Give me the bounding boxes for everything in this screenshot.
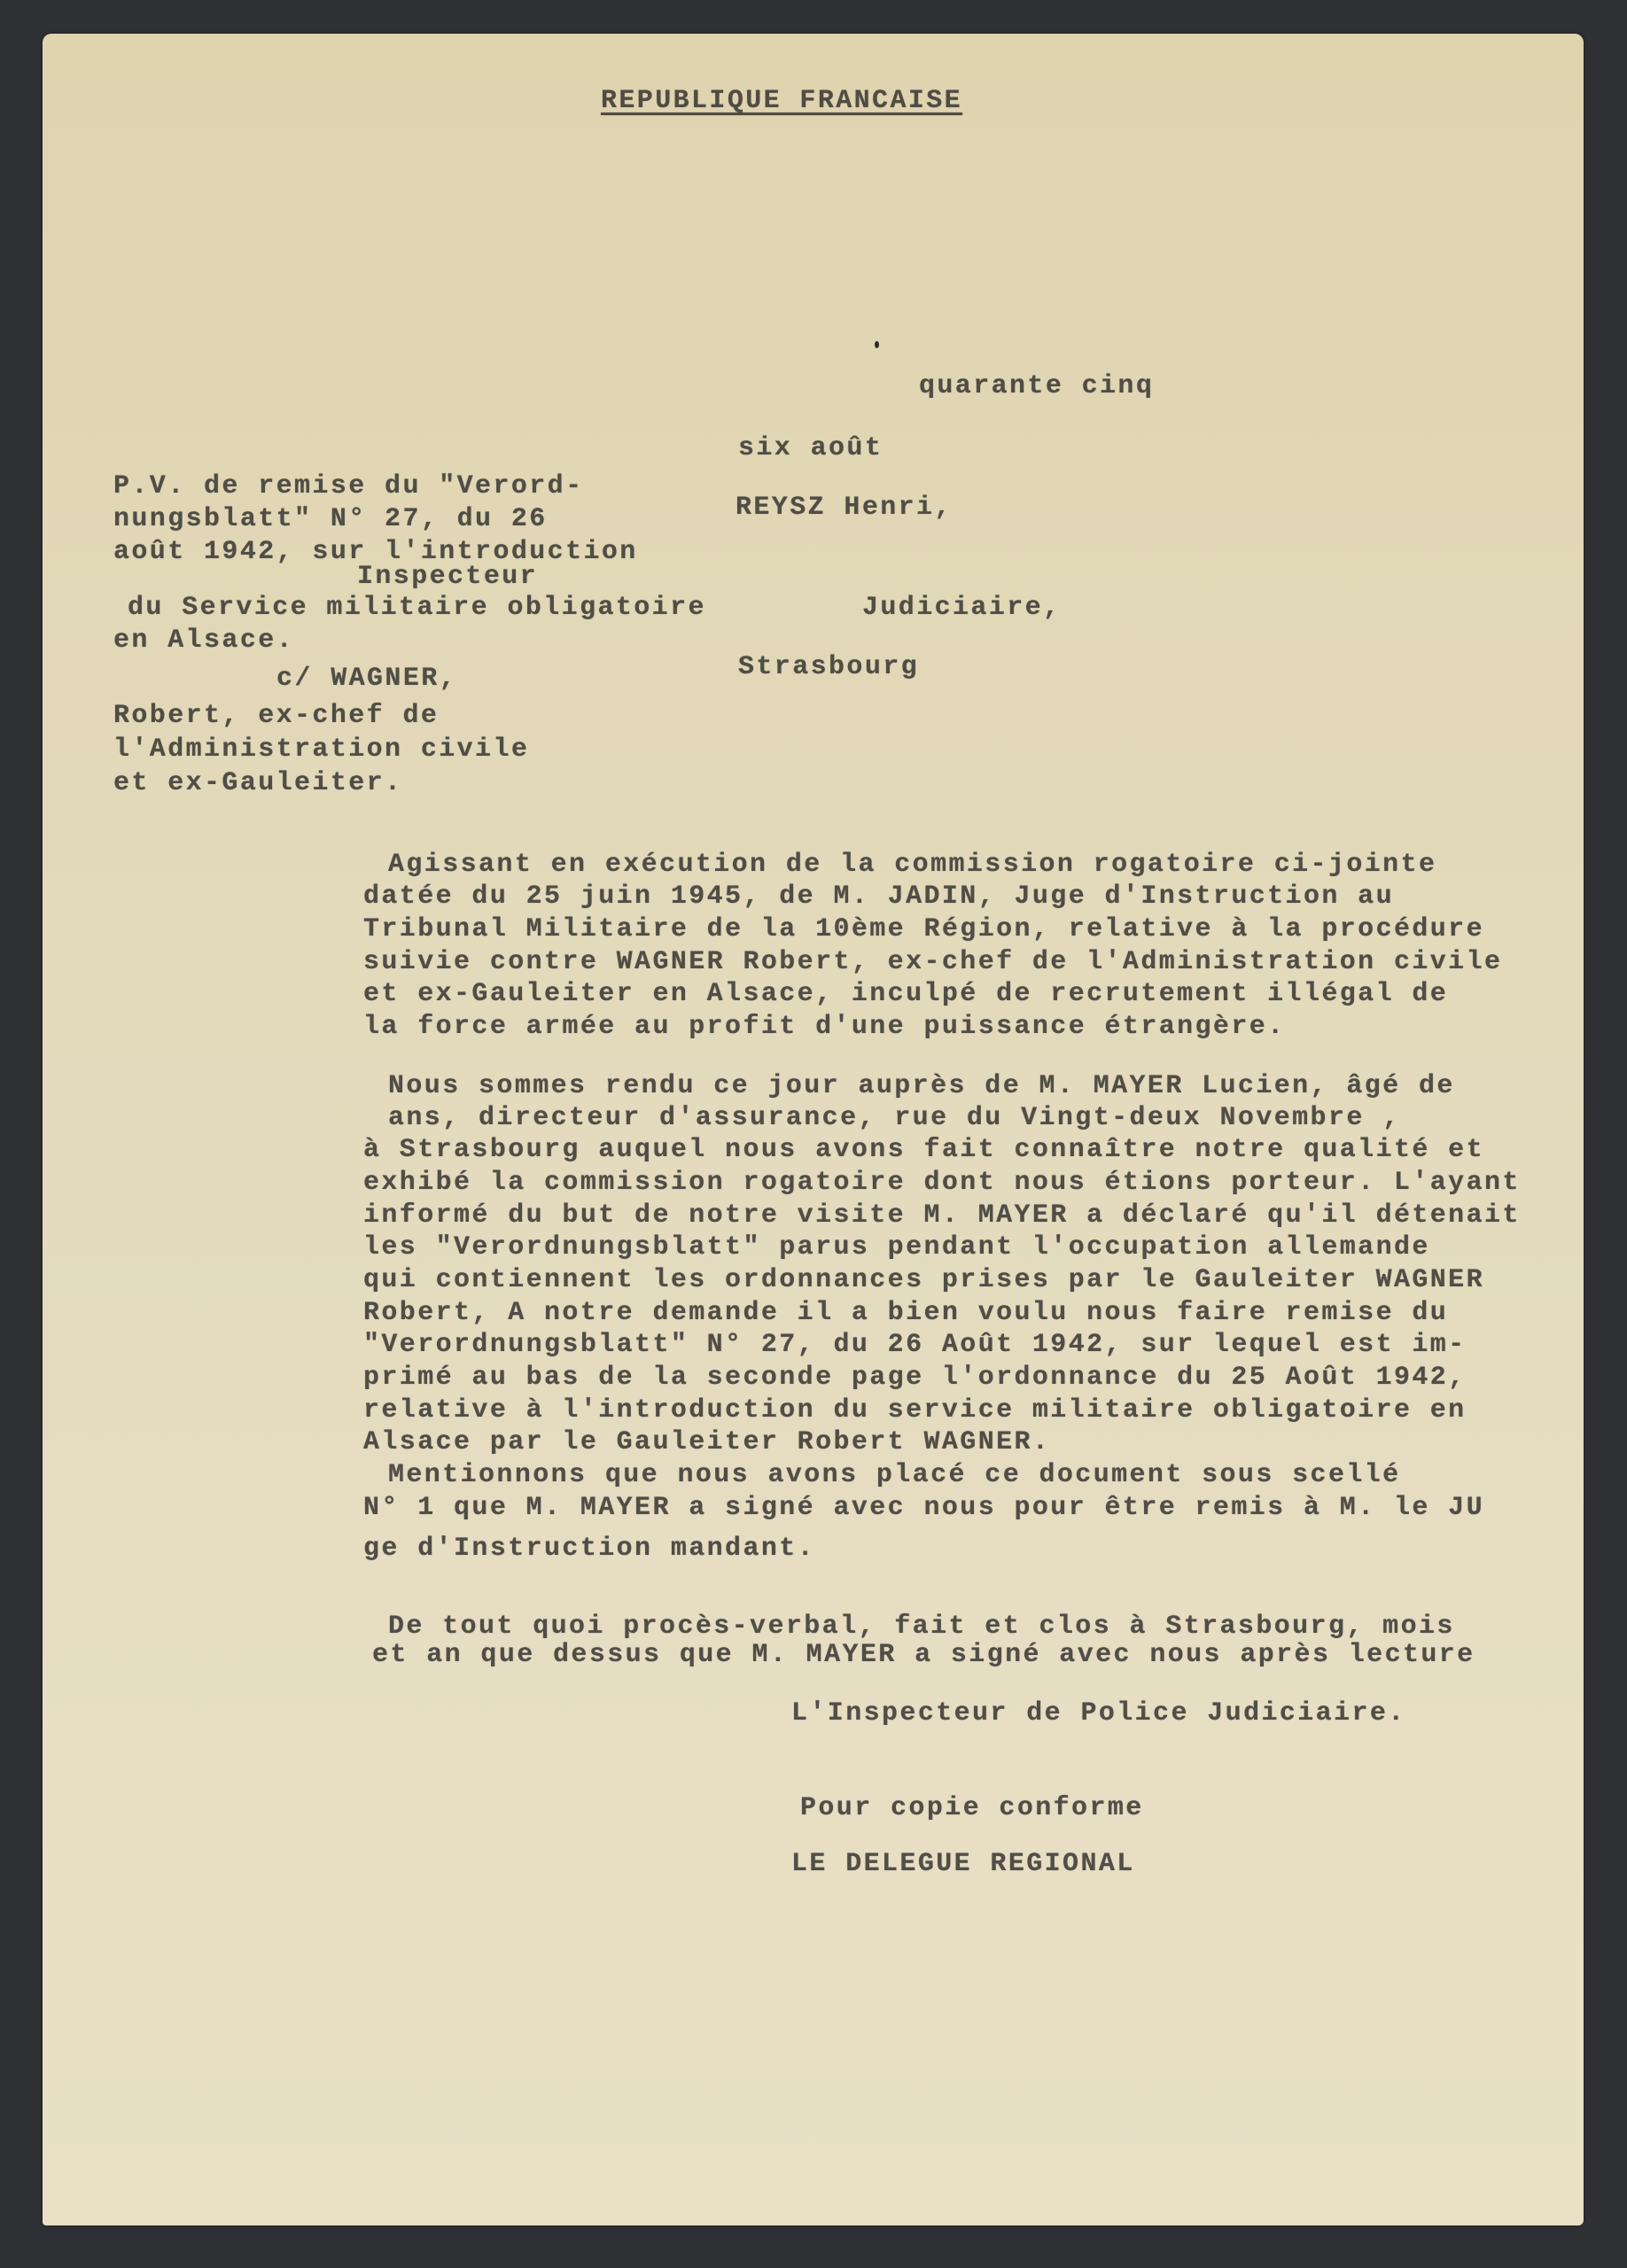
regional-delegate: LE DELEGUE REGIONAL (791, 1848, 1135, 1881)
paragraph-1-line: et ex-Gauleiter en Alsace, inculpé de re… (363, 978, 1448, 1011)
subject-line: du Service militaire obligatoire (128, 592, 706, 625)
ink-spot (875, 341, 879, 348)
paragraph-1-line: suivie contre WAGNER Robert, ex-chef de … (363, 946, 1502, 979)
paragraph-1-line: la force armée au profit d'une puissance… (363, 1011, 1286, 1044)
paragraph-2-line: Robert, A notre demande il a bien voulu … (363, 1297, 1448, 1330)
inspector-service: Judiciaire, (862, 592, 1061, 625)
inspector-city: Strasbourg (738, 651, 919, 684)
paragraph-3-line: N° 1 que M. MAYER a signé avec nous pour… (363, 1492, 1484, 1525)
paragraph-2-line: qui contiennent les ordonnances prises p… (363, 1264, 1484, 1297)
document-title: REPUBLIQUE FRANCAISE (601, 85, 962, 118)
paragraph-4-line: et an que dessus que M. MAYER a signé av… (372, 1639, 1475, 1672)
paragraph-1-line: Tribunal Militaire de la 10ème Région, r… (363, 913, 1484, 946)
paragraph-2-line: Nous sommes rendu ce jour auprès de M. M… (388, 1070, 1455, 1103)
paragraph-1-line: datée du 25 juin 1945, de M. JADIN, Juge… (363, 881, 1394, 913)
signature-role: L'Inspecteur de Police Judiciaire. (791, 1697, 1406, 1730)
paragraph-2-line: à Strasbourg auquel nous avons fait conn… (363, 1134, 1484, 1167)
subject-line: en Alsace. (113, 625, 294, 657)
paragraph-2-line: relative à l'introduction du service mil… (363, 1394, 1467, 1427)
paragraph-3-line: Mentionnons que nous avons placé ce docu… (388, 1459, 1401, 1492)
subject-line: Robert, ex-chef de (113, 700, 439, 733)
paragraph-1-line: Agissant en exécution de la commission r… (388, 849, 1436, 882)
subject-line: l'Administration civile (113, 734, 529, 766)
subject-line: et ex-Gauleiter. (113, 767, 402, 800)
paragraph-2-line: les "Verordnungsblatt" parus pendant l'o… (363, 1231, 1430, 1264)
subject-line: août 1942, sur l'introduction (113, 536, 638, 569)
document-page: REPUBLIQUE FRANCAISE quarante cinq six a… (43, 34, 1584, 2225)
paragraph-2-line: informé du but de notre visite M. MAYER … (363, 1200, 1521, 1232)
certification-line: Pour copie conforme (800, 1792, 1144, 1825)
subject-line: P.V. de remise du "Verord- (113, 470, 583, 503)
paragraph-2-line: primé au bas de la seconde page l'ordonn… (363, 1362, 1467, 1394)
paragraph-3-line: ge d'Instruction mandant. (363, 1533, 815, 1565)
subject-line: c/ WAGNER, (276, 663, 457, 695)
paragraph-2-line: exhibé la commission rogatoire dont nous… (363, 1167, 1521, 1200)
inspector-name: REYSZ Henri, (736, 492, 953, 524)
paragraph-2-line: "Verordnungsblatt" N° 27, du 26 Août 194… (363, 1329, 1467, 1362)
date-year-words: quarante cinq (919, 370, 1154, 403)
date-day-month: six août (738, 432, 883, 465)
subject-line: nungsblatt" N° 27, du 26 (113, 503, 548, 536)
paragraph-2-line: Alsace par le Gauleiter Robert WAGNER. (363, 1426, 1050, 1459)
paragraph-2-line: ans, directeur d'assurance, rue du Vingt… (388, 1102, 1401, 1135)
